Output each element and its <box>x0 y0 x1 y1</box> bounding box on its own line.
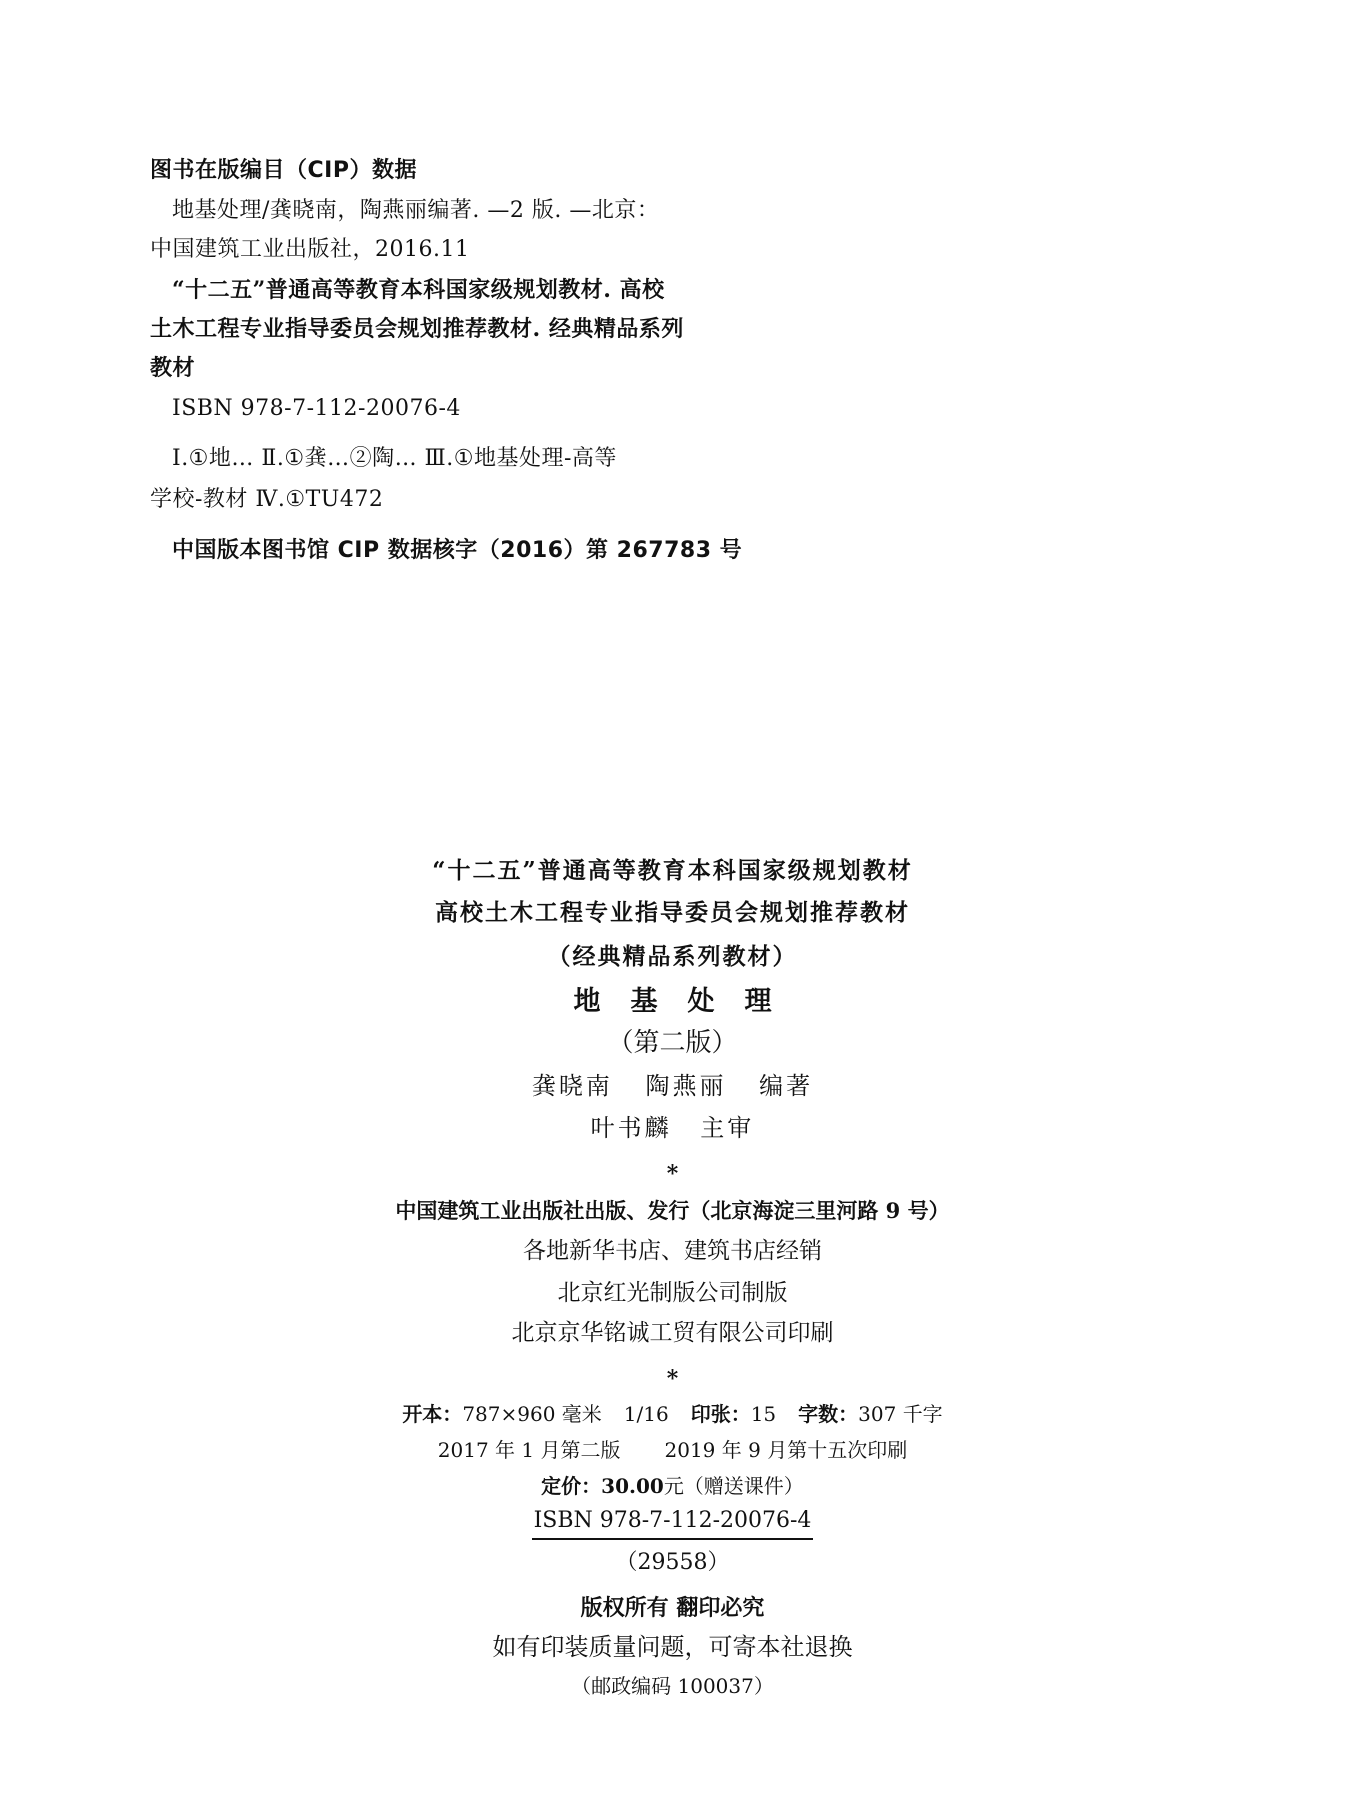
series-line-1: “十二五”普通高等教育本科国家级规划教材 <box>0 859 1345 882</box>
authors: 龚晓南 陶燕丽 编著 <box>0 1074 1345 1098</box>
postal-code: （邮政编码 100037） <box>0 1676 1345 1696</box>
publisher-line: 中国建筑工业出版社出版、发行（北京海淀三里河路 9 号） <box>0 1200 1345 1221</box>
series-line-2: 高校土木工程专业指导委员会规划推荐教材 <box>0 901 1345 924</box>
price-value: 30.00 <box>601 1474 664 1498</box>
cip-line-series-1: “十二五”普通高等教育本科国家级规划教材. 高校 <box>172 279 665 301</box>
copyright-notice: 版权所有 翻印必究 <box>0 1597 1345 1619</box>
cip-line-series-2: 土木工程专业指导委员会规划推荐教材. 经典精品系列 <box>150 318 684 340</box>
format-value: 787×960 毫米 <box>462 1402 601 1426</box>
plate-maker-line: 北京红光制版公司制版 <box>0 1282 1345 1305</box>
cip-heading: 图书在版编目（CIP）数据 <box>150 160 417 182</box>
edition-date: 2017 年 1 月第二版 <box>438 1438 621 1462</box>
cip-line-title: 地基处理/龚晓南，陶燕丽编著. —2 版. —北京： <box>172 200 659 222</box>
format-label: 开本： <box>402 1402 462 1426</box>
cip-line-record-number: 中国版本图书馆 CIP 数据核字（2016）第 267783 号 <box>172 540 742 562</box>
print-date: 2019 年 9 月第十五次印刷 <box>665 1438 908 1462</box>
price-unit: 元（赠送课件） <box>664 1474 804 1498</box>
separator-star-2: * <box>0 1368 1345 1390</box>
cip-line-isbn: ISBN 978-7-112-20076-4 <box>172 398 461 420</box>
printer-line: 北京京华铭诚工贸有限公司印刷 <box>0 1322 1345 1345</box>
fold-value: 1/16 <box>624 1402 669 1426</box>
return-notice: 如有印装质量问题，可寄本社退换 <box>0 1635 1345 1659</box>
price-line: 定价：30.00元（赠送课件） <box>0 1476 1345 1496</box>
separator-star-1: * <box>0 1163 1345 1185</box>
book-code: （29558） <box>0 1552 1345 1574</box>
cip-line-series-3: 教材 <box>150 357 195 379</box>
cip-line-classification-2: 学校-教材 Ⅳ.①TU472 <box>150 489 383 511</box>
sheets-value: 15 <box>751 1402 776 1426</box>
distributor-line: 各地新华书店、建筑书店经销 <box>0 1240 1345 1263</box>
words-value: 307 千字 <box>858 1402 943 1426</box>
isbn-line: ISBN 978-7-112-20076-4 <box>0 1510 1345 1540</box>
book-title: 地基处理 <box>0 988 1345 1015</box>
cip-line-publisher: 中国建筑工业出版社，2016.11 <box>150 239 469 261</box>
dates-line: 2017 年 1 月第二版2019 年 9 月第十五次印刷 <box>0 1440 1345 1460</box>
isbn: ISBN 978-7-112-20076-4 <box>532 1510 814 1540</box>
sheets-label: 印张： <box>691 1402 751 1426</box>
specs-line: 开本：787×960 毫米1/16印张：15字数：307 千字 <box>0 1404 1345 1424</box>
cip-line-classification-1: Ⅰ.①地… Ⅱ.①龚…②陶… Ⅲ.①地基处理-高等 <box>172 448 617 470</box>
reviewer: 叶书麟 主审 <box>0 1116 1345 1140</box>
edition: （第二版） <box>0 1030 1345 1056</box>
words-label: 字数： <box>798 1402 858 1426</box>
price-label: 定价： <box>541 1474 601 1498</box>
copyright-page: 图书在版编目（CIP）数据 地基处理/龚晓南，陶燕丽编著. —2 版. —北京：… <box>0 0 1345 1811</box>
series-line-3: （经典精品系列教材） <box>0 945 1345 968</box>
